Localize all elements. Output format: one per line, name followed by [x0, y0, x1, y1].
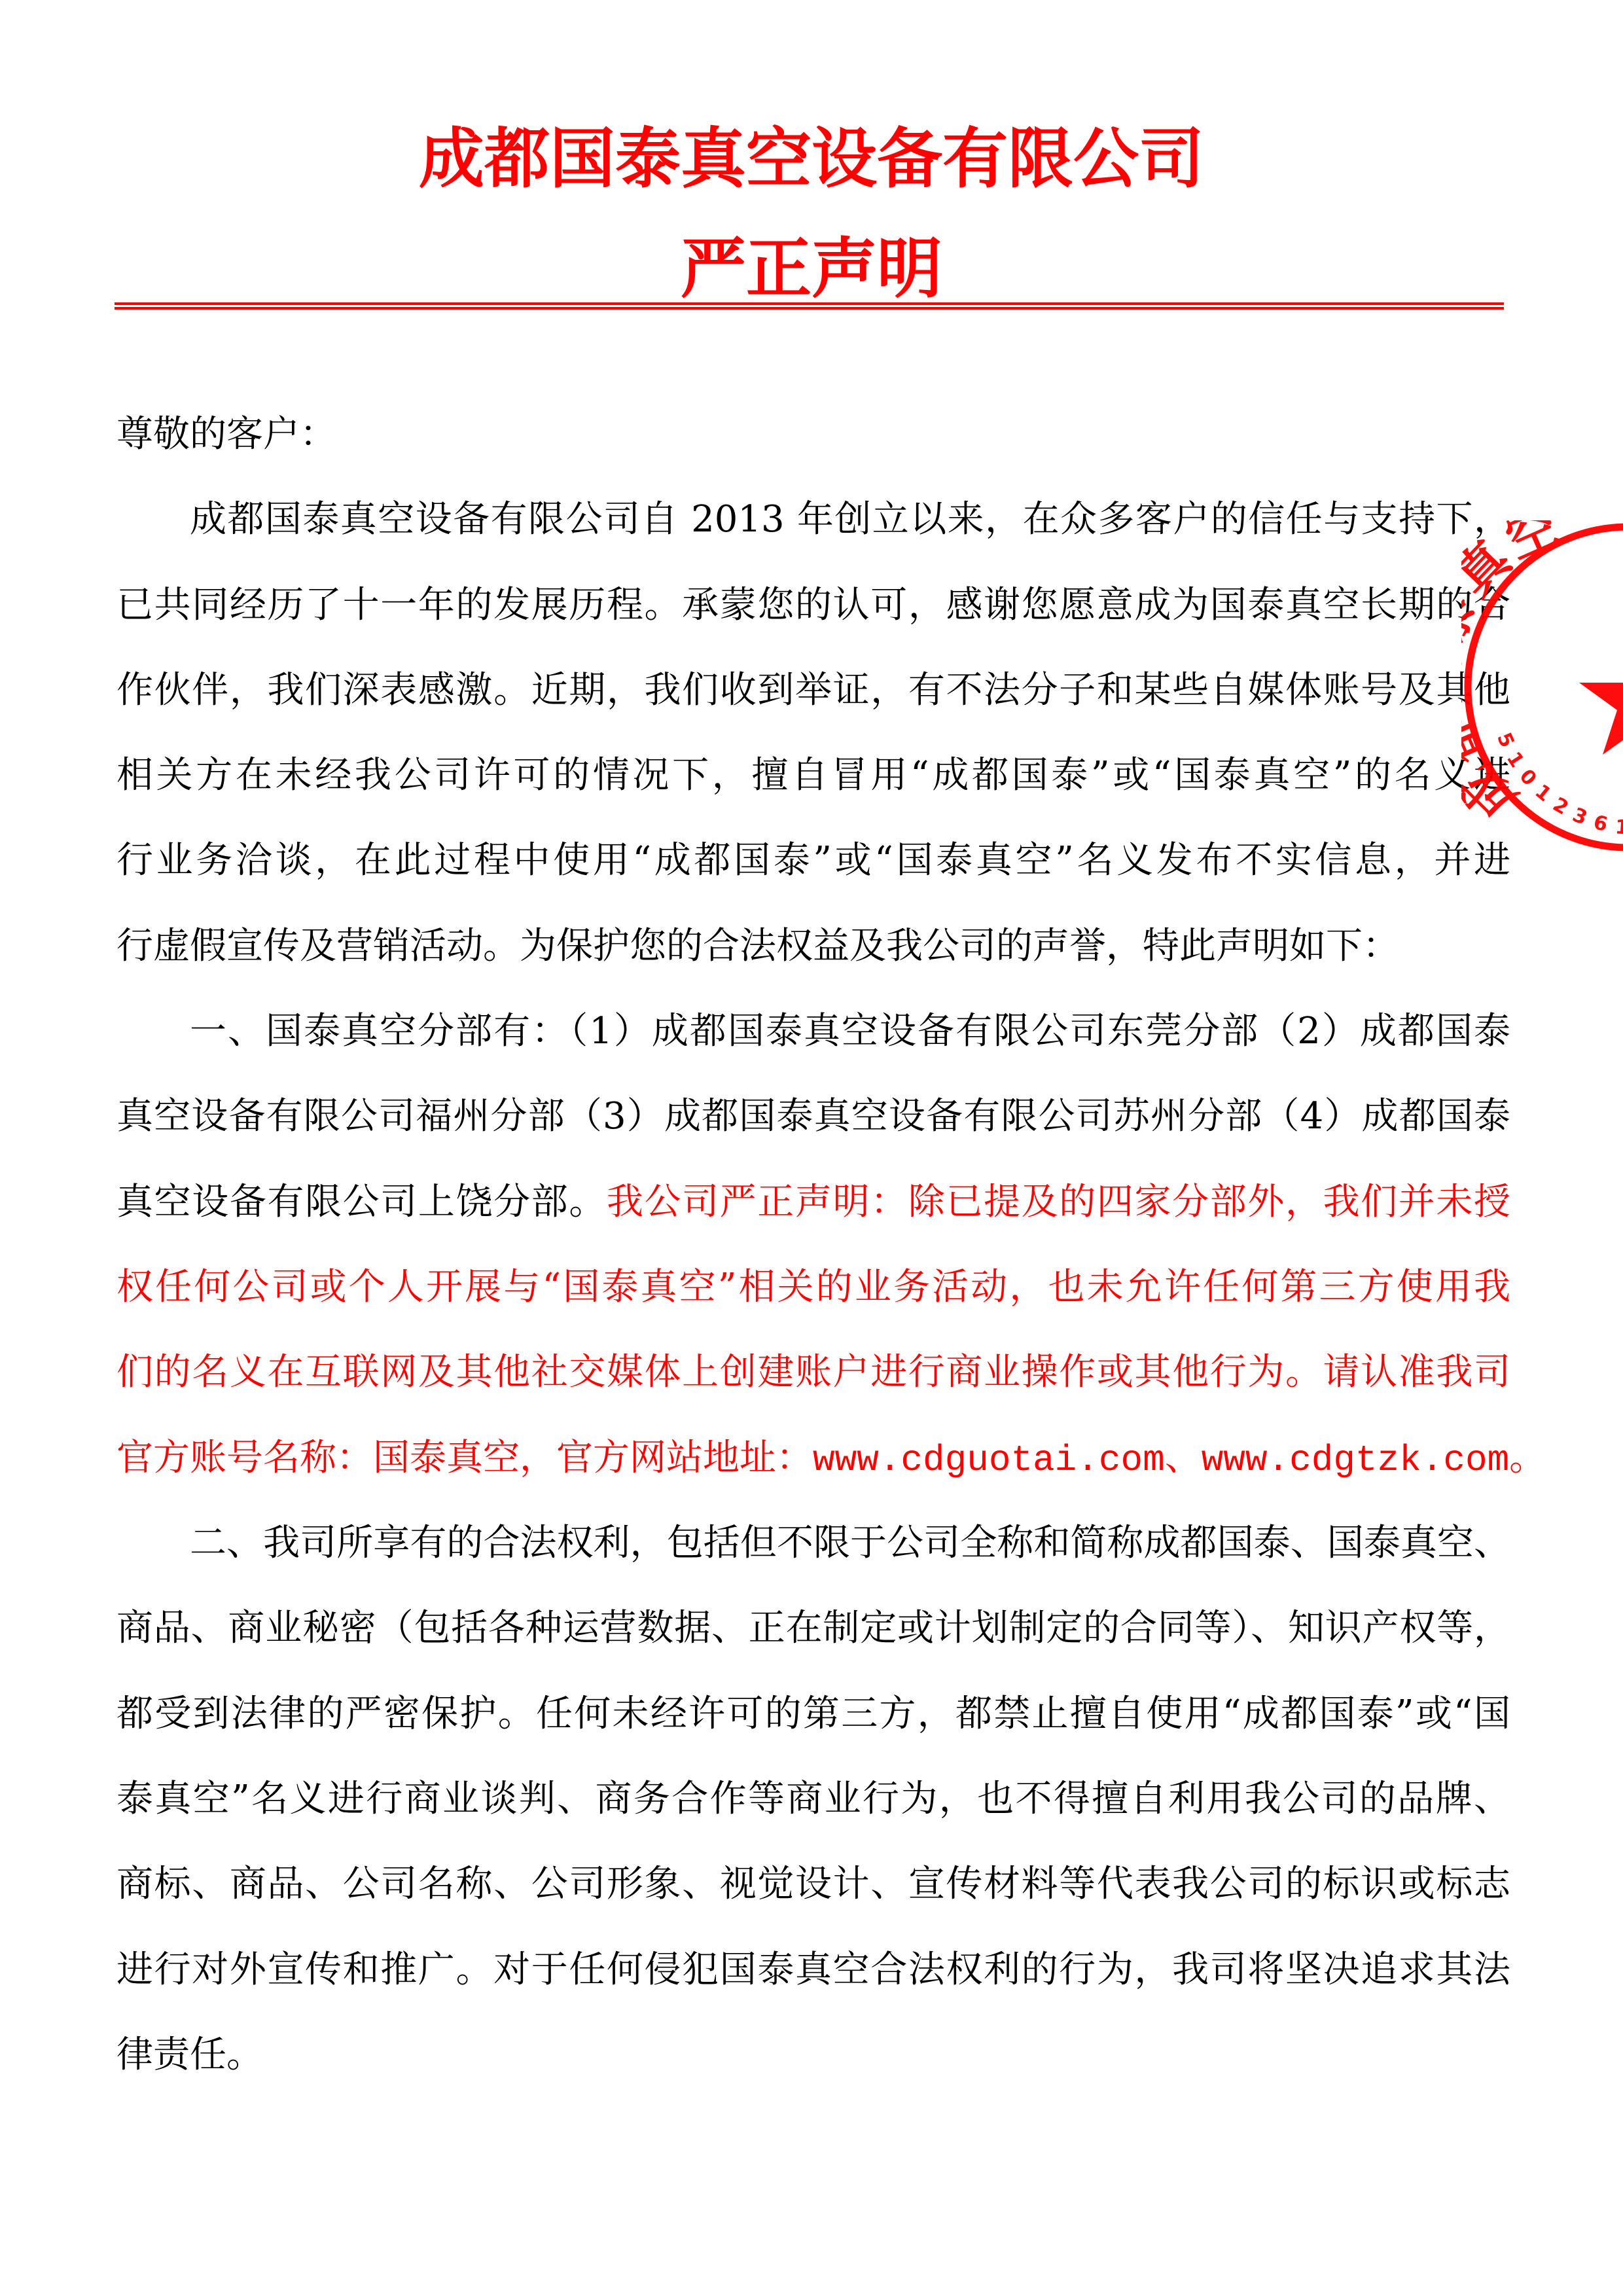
separator: 、	[1165, 1437, 1202, 1479]
declaration-line: 权任何公司或个人开展与“国泰真空”相关的业务活动，也未允许任何第三方使用我	[116, 1265, 1510, 1310]
paragraph-1-line: 行虚假宣传及营销活动。为保护您的合法权益及我公司的声誉，特此声明如下：	[116, 924, 1510, 969]
declaration-text: 我公司严正声明：除已提及的四家分部外，我们并未授	[607, 1181, 1510, 1223]
official-info-line: 官方账号名称：国泰真空，官方网站地址：www.cdguotai.com、www.…	[116, 1435, 1510, 1481]
official-account-label: 官方账号名称：国泰真空，官方网站地址：	[116, 1437, 813, 1479]
paragraph-3-line: 商标、商品、公司名称、公司形象、视觉设计、宣传材料等代表我公司的标识或标志	[116, 1861, 1510, 1907]
document-page: 成都国泰真空设备有限公司 严正声明 尊敬的客户： 成都国泰真空设备有限公司自 2…	[0, 0, 1623, 2296]
paragraph-2-line: 真空设备有限公司福州分部（3）成都国泰真空设备有限公司苏州分部（4）成都国泰	[116, 1094, 1510, 1139]
paragraph-3-line: 律责任。	[116, 2032, 1510, 2078]
paragraph-1-line: 行业务洽谈，在此过程中使用“成都国泰”或“国泰真空”名义发布不实信息，并进	[116, 838, 1510, 884]
header-double-rule-bottom	[115, 307, 1504, 310]
stamp-number-text: 51012361	[1492, 729, 1623, 840]
company-title: 成都国泰真空设备有限公司	[0, 122, 1623, 194]
greeting: 尊敬的客户：	[116, 412, 1510, 457]
svg-text:51012361: 51012361	[1492, 729, 1623, 840]
declaration-line: 们的名义在互联网及其他社交媒体上创建账户进行商业操作或其他行为。请认准我司	[116, 1350, 1510, 1395]
paragraph-3-line: 都受到法律的严密保护。任何未经许可的第三方，都禁止擅自使用“成都国泰”或“国	[116, 1691, 1510, 1737]
paragraph-2-line: 一、国泰真空分部有：（1）成都国泰真空设备有限公司东莞分部（2）成都国泰	[116, 1009, 1510, 1054]
stamp-star-icon	[1579, 638, 1623, 755]
paragraph-3-line: 商品、商业秘密（包括各种运营数据、正在制定或计划制定的合同等）、知识产权等，	[116, 1605, 1510, 1651]
paragraph-3-line: 二、我司所享有的合法权利，包括但不限于公司全称和简称成都国泰、国泰真空、	[116, 1520, 1510, 1566]
notice-title: 严正声明	[0, 232, 1623, 304]
paragraph-3-line: 泰真空”名义进行商业谈判、商务合作等商业行为，也不得擅自利用我公司的品牌、	[116, 1776, 1510, 1822]
paragraph-3-line: 进行对外宣传和推广。对于任何侵犯国泰真空合法权利的行为，我司将坚决追求其法	[116, 1947, 1510, 1993]
period: 。	[1509, 1437, 1546, 1479]
header-double-rule-top	[115, 302, 1504, 305]
paragraph-1-line: 已共同经历了十一年的发展历程。承蒙您的认可，感谢您愿意成为国泰真空长期的合	[116, 583, 1510, 628]
paragraph-1-line: 作伙伴，我们深表感激。近期，我们收到举证，有不法分子和某些自媒体账号及其他	[116, 668, 1510, 713]
paragraph-1-line: 相关方在未经我公司许可的情况下，擅自冒用“成都国泰”或“国泰真空”的名义进	[116, 753, 1510, 798]
website-link-1[interactable]: www.cdguotai.com	[813, 1439, 1165, 1481]
paragraph-2-line-mixed: 真空设备有限公司上饶分部。我公司严正声明：除已提及的四家分部外，我们并未授	[116, 1179, 1510, 1225]
website-link-2[interactable]: www.cdgtzk.com	[1202, 1439, 1509, 1481]
branch-text: 真空设备有限公司上饶分部。	[116, 1181, 607, 1223]
paragraph-1-line: 成都国泰真空设备有限公司自 2013 年创立以来，在众多客户的信任与支持下，	[116, 497, 1510, 543]
